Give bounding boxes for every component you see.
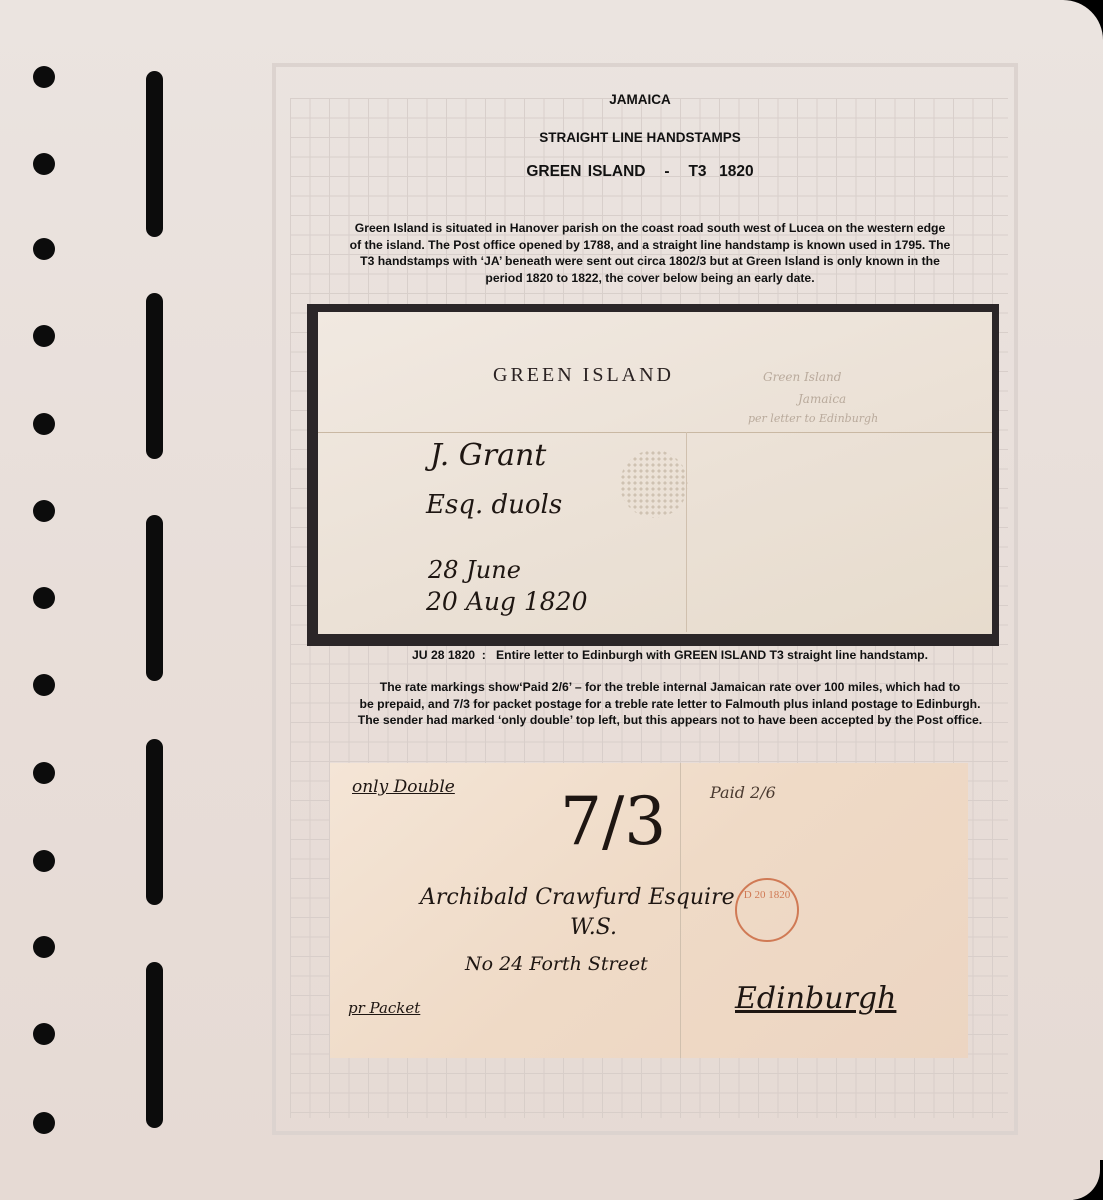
text-line: be prepaid, and 7/3 for packet postage f… xyxy=(320,696,1020,713)
binder-hole xyxy=(33,1023,55,1045)
faint-note: Green Island xyxy=(763,370,841,384)
binder-hole xyxy=(33,413,55,435)
album-page: JAMAICA STRAIGHT LINE HANDSTAMPS GREEN I… xyxy=(0,0,1103,1200)
address-street: No 24 Forth Street xyxy=(465,953,648,975)
only-double-annotation: only Double xyxy=(352,777,455,797)
rate-marking: 7/3 xyxy=(560,783,666,860)
page-corner xyxy=(1063,0,1103,40)
cover-back-image: GREEN ISLAND Green Island Jamaica per le… xyxy=(318,312,992,634)
country-heading: JAMAICA xyxy=(290,92,990,107)
wax-seal-impression xyxy=(620,450,688,518)
faint-note: Jamaica xyxy=(798,392,846,406)
section-heading: STRAIGHT LINE HANDSTAMPS xyxy=(290,130,990,145)
binder-slot xyxy=(146,739,163,905)
text-line: The rate markings show‘Paid 2/6’ – for t… xyxy=(320,679,1020,696)
binder-hole xyxy=(33,674,55,696)
binder-hole xyxy=(33,325,55,347)
binder-hole xyxy=(33,238,55,260)
packet-annotation: pr Packet xyxy=(348,999,420,1017)
faint-note: per letter to Edinburgh xyxy=(748,412,878,425)
paid-marking: Paid 2/6 xyxy=(710,783,776,802)
text-line: Green Island is situated in Hanover pari… xyxy=(310,220,990,237)
page-title: GREEN ISLAND - T3 1820 xyxy=(290,163,990,181)
text-line: period 1820 to 1822, the cover below bei… xyxy=(310,270,990,287)
binder-hole xyxy=(33,500,55,522)
green-island-handstamp: GREEN ISLAND xyxy=(493,364,674,387)
address-city: Edinburgh xyxy=(735,981,896,1016)
text-line: T3 handstamps with ‘JA’ beneath were sen… xyxy=(310,253,990,270)
fold-line xyxy=(686,432,687,632)
binder-hole xyxy=(33,587,55,609)
cover-front-image: only Double 7/3 Paid 2/6 Archibald Crawf… xyxy=(330,763,968,1058)
binder-slot xyxy=(146,515,163,681)
binder-hole xyxy=(33,850,55,872)
binder-hole xyxy=(33,66,55,88)
addressee: Archibald Crawfurd Esquire xyxy=(420,885,735,910)
docket-name: J. Grant xyxy=(430,438,546,473)
binder-hole xyxy=(33,1112,55,1134)
binder-slot xyxy=(146,293,163,459)
fold-line xyxy=(680,763,681,1058)
text-line: The sender had marked ‘only double’ top … xyxy=(320,712,1020,729)
rates-paragraph: The rate markings show‘Paid 2/6’ – for t… xyxy=(320,679,1020,729)
docket-date: 20 Aug 1820 xyxy=(426,587,588,616)
binder-hole xyxy=(33,153,55,175)
cover-caption: JU 28 1820 : Entire letter to Edinburgh … xyxy=(330,648,1010,662)
page-corner xyxy=(1073,1160,1103,1200)
binder-slot xyxy=(146,71,163,237)
binder-hole xyxy=(33,936,55,958)
fold-line xyxy=(318,432,992,433)
binder-slot xyxy=(146,962,163,1128)
address-ws: W.S. xyxy=(570,915,617,940)
binder-hole xyxy=(33,762,55,784)
text-line: of the island. The Post office opened by… xyxy=(310,237,990,254)
red-postmark: D 20 1820 xyxy=(735,878,799,942)
intro-paragraph: Green Island is situated in Hanover pari… xyxy=(310,220,990,286)
docket-date: 28 June xyxy=(428,556,521,584)
docket-line: Esq. duols xyxy=(426,490,562,520)
